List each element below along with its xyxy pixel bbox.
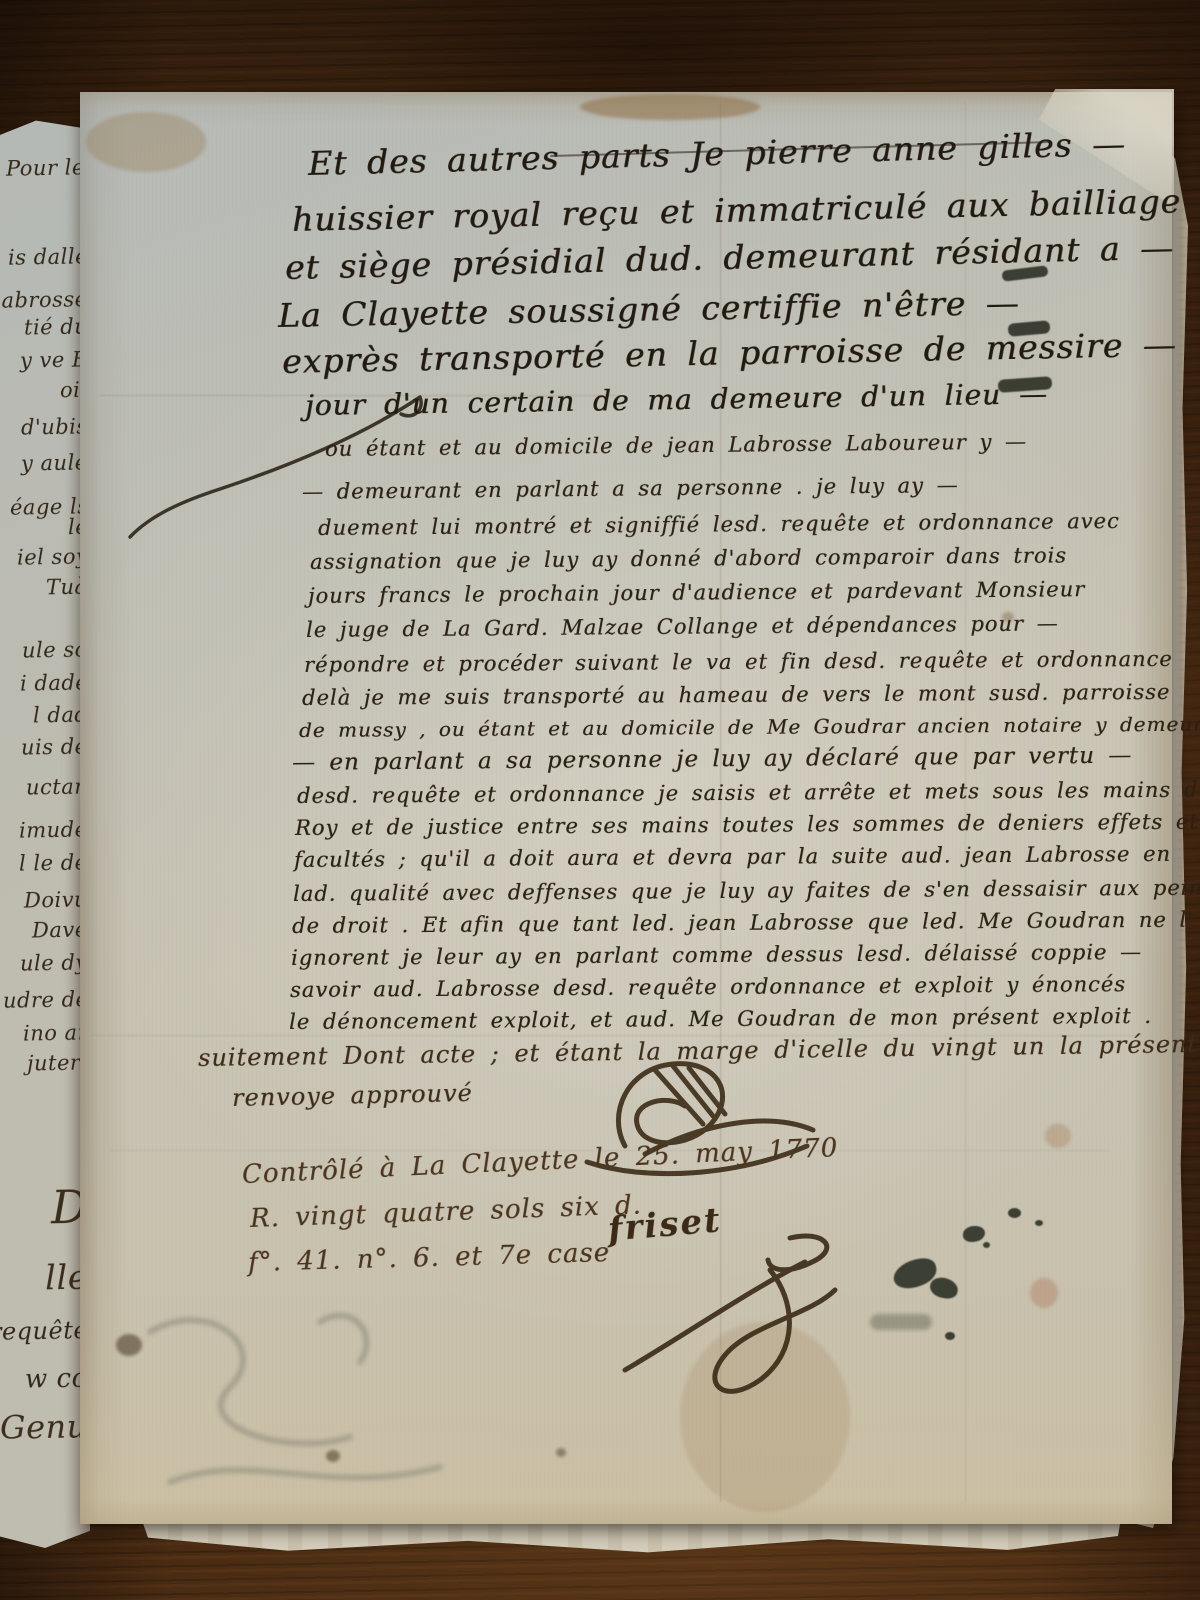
under-page-text-fragment: Labrosse [0,287,88,313]
manuscript-line: jour d'un certain de ma demeure d'un lie… [305,377,1048,422]
under-page-text-fragment: ino ar [23,1020,89,1045]
under-page-text-fragment: is dalle [8,244,88,269]
manuscript-line: lad. qualité avec deffenses que je luy a… [293,875,1200,906]
control-line: R. vingt quatre sols six d. [249,1190,642,1234]
stain [86,112,206,172]
manuscript-line: et siège présidial dud. demeurant résida… [285,228,1175,287]
under-page-text-fragment: uctan [26,774,89,799]
manuscript-page: Et des autres parts Je pierre anne gille… [80,92,1172,1524]
under-page-text-fragment: iel soy [16,544,88,569]
under-page-text-fragment: l le de [19,850,88,875]
wood-table: Pour le is dalle Labrosse tié du y ve B … [0,0,1200,1600]
stain [1030,1278,1058,1308]
closing-line: renvoye approuvé [232,1079,473,1112]
manuscript-line: facultés ; qu'il a doit aura et devra pa… [294,842,1171,872]
manuscript-line: le dénoncement exploit, et aud. Me Goudr… [289,1004,1152,1034]
manuscript-line: ignorent je leur ay en parlant comme des… [291,940,1142,970]
under-page-text-fragment: Genu [0,1407,88,1447]
manuscript-line: La Clayette soussigné certiffie n'être — [278,283,1020,335]
under-page-text-fragment: Doivu [24,887,89,912]
manuscript-line: delà je me suis transporté au hameau de … [302,680,1170,710]
under-page-text-fragment: uis de [21,734,88,759]
manuscript-line: de droit . Et afin que tant led. jean La… [292,908,1194,938]
under-page-text-fragment: ule so [22,637,88,662]
under-page-leaf: Pour le is dalle Labrosse tié du y ve B … [0,112,90,1548]
under-page-text-fragment: y ve B [20,347,88,372]
under-page-text-fragment: w co [25,1363,88,1394]
manuscript-line: exprès transporté en la parroisse de mes… [282,325,1177,381]
manuscript-line: savoir aud. Labrosse desd. requête ordon… [290,972,1126,1002]
ink-blot [983,1242,990,1248]
under-page-text-fragment: imude [19,817,88,842]
controller-signature-flourish [620,1220,860,1420]
manuscript-line: duement lui montré et signiffié lesd. re… [318,509,1120,540]
ink-blot [928,1276,959,1301]
under-page-text-fragment: ule dy [20,950,88,975]
ink-blot [963,1226,985,1242]
manuscript-line: Roy et de justice entre ses mains toutes… [295,810,1199,840]
under-page-text-fragment: d'ubis [21,414,88,439]
manuscript-line: répondre et procéder suivant le va et fi… [304,647,1173,677]
stain [580,94,760,120]
manuscript-line: le juge de La Gard. Malzae Collange et d… [306,611,1059,642]
manuscript-line: ou étant et au domicile de jean Labrosse… [325,430,1027,461]
stain [1045,1124,1071,1148]
manuscript-line: jours francs le prochain jour d'audience… [308,577,1085,608]
under-page-text-fragment: y aule [21,450,88,475]
control-line: f°. 41. n°. 6. et 7e case [248,1238,611,1278]
manuscript-line: Et des autres parts Je pierre anne gille… [308,124,1127,183]
under-page-text-fragment: requête [0,1316,88,1346]
manuscript-line: desd. requête et ordonnance je saisis et… [297,778,1200,808]
under-page-text-fragment: i dade [20,670,89,695]
manuscript-line: de mussy , ou étant et au domicile de Me… [299,711,1200,742]
ink-smear [870,1314,932,1330]
fox-spot [556,1448,566,1457]
under-page-text-fragment: tié du [24,314,89,339]
manuscript-line: — en parlant a sa personne je luy ay déc… [292,743,1132,776]
ink-blot [1035,1220,1043,1226]
ink-blot [1008,1208,1021,1218]
under-page-text-fragment: udre de [2,987,88,1012]
under-page-text-fragment: Pour le [6,155,85,180]
ghost-show-through [120,1282,460,1522]
ink-blot [945,1332,955,1340]
